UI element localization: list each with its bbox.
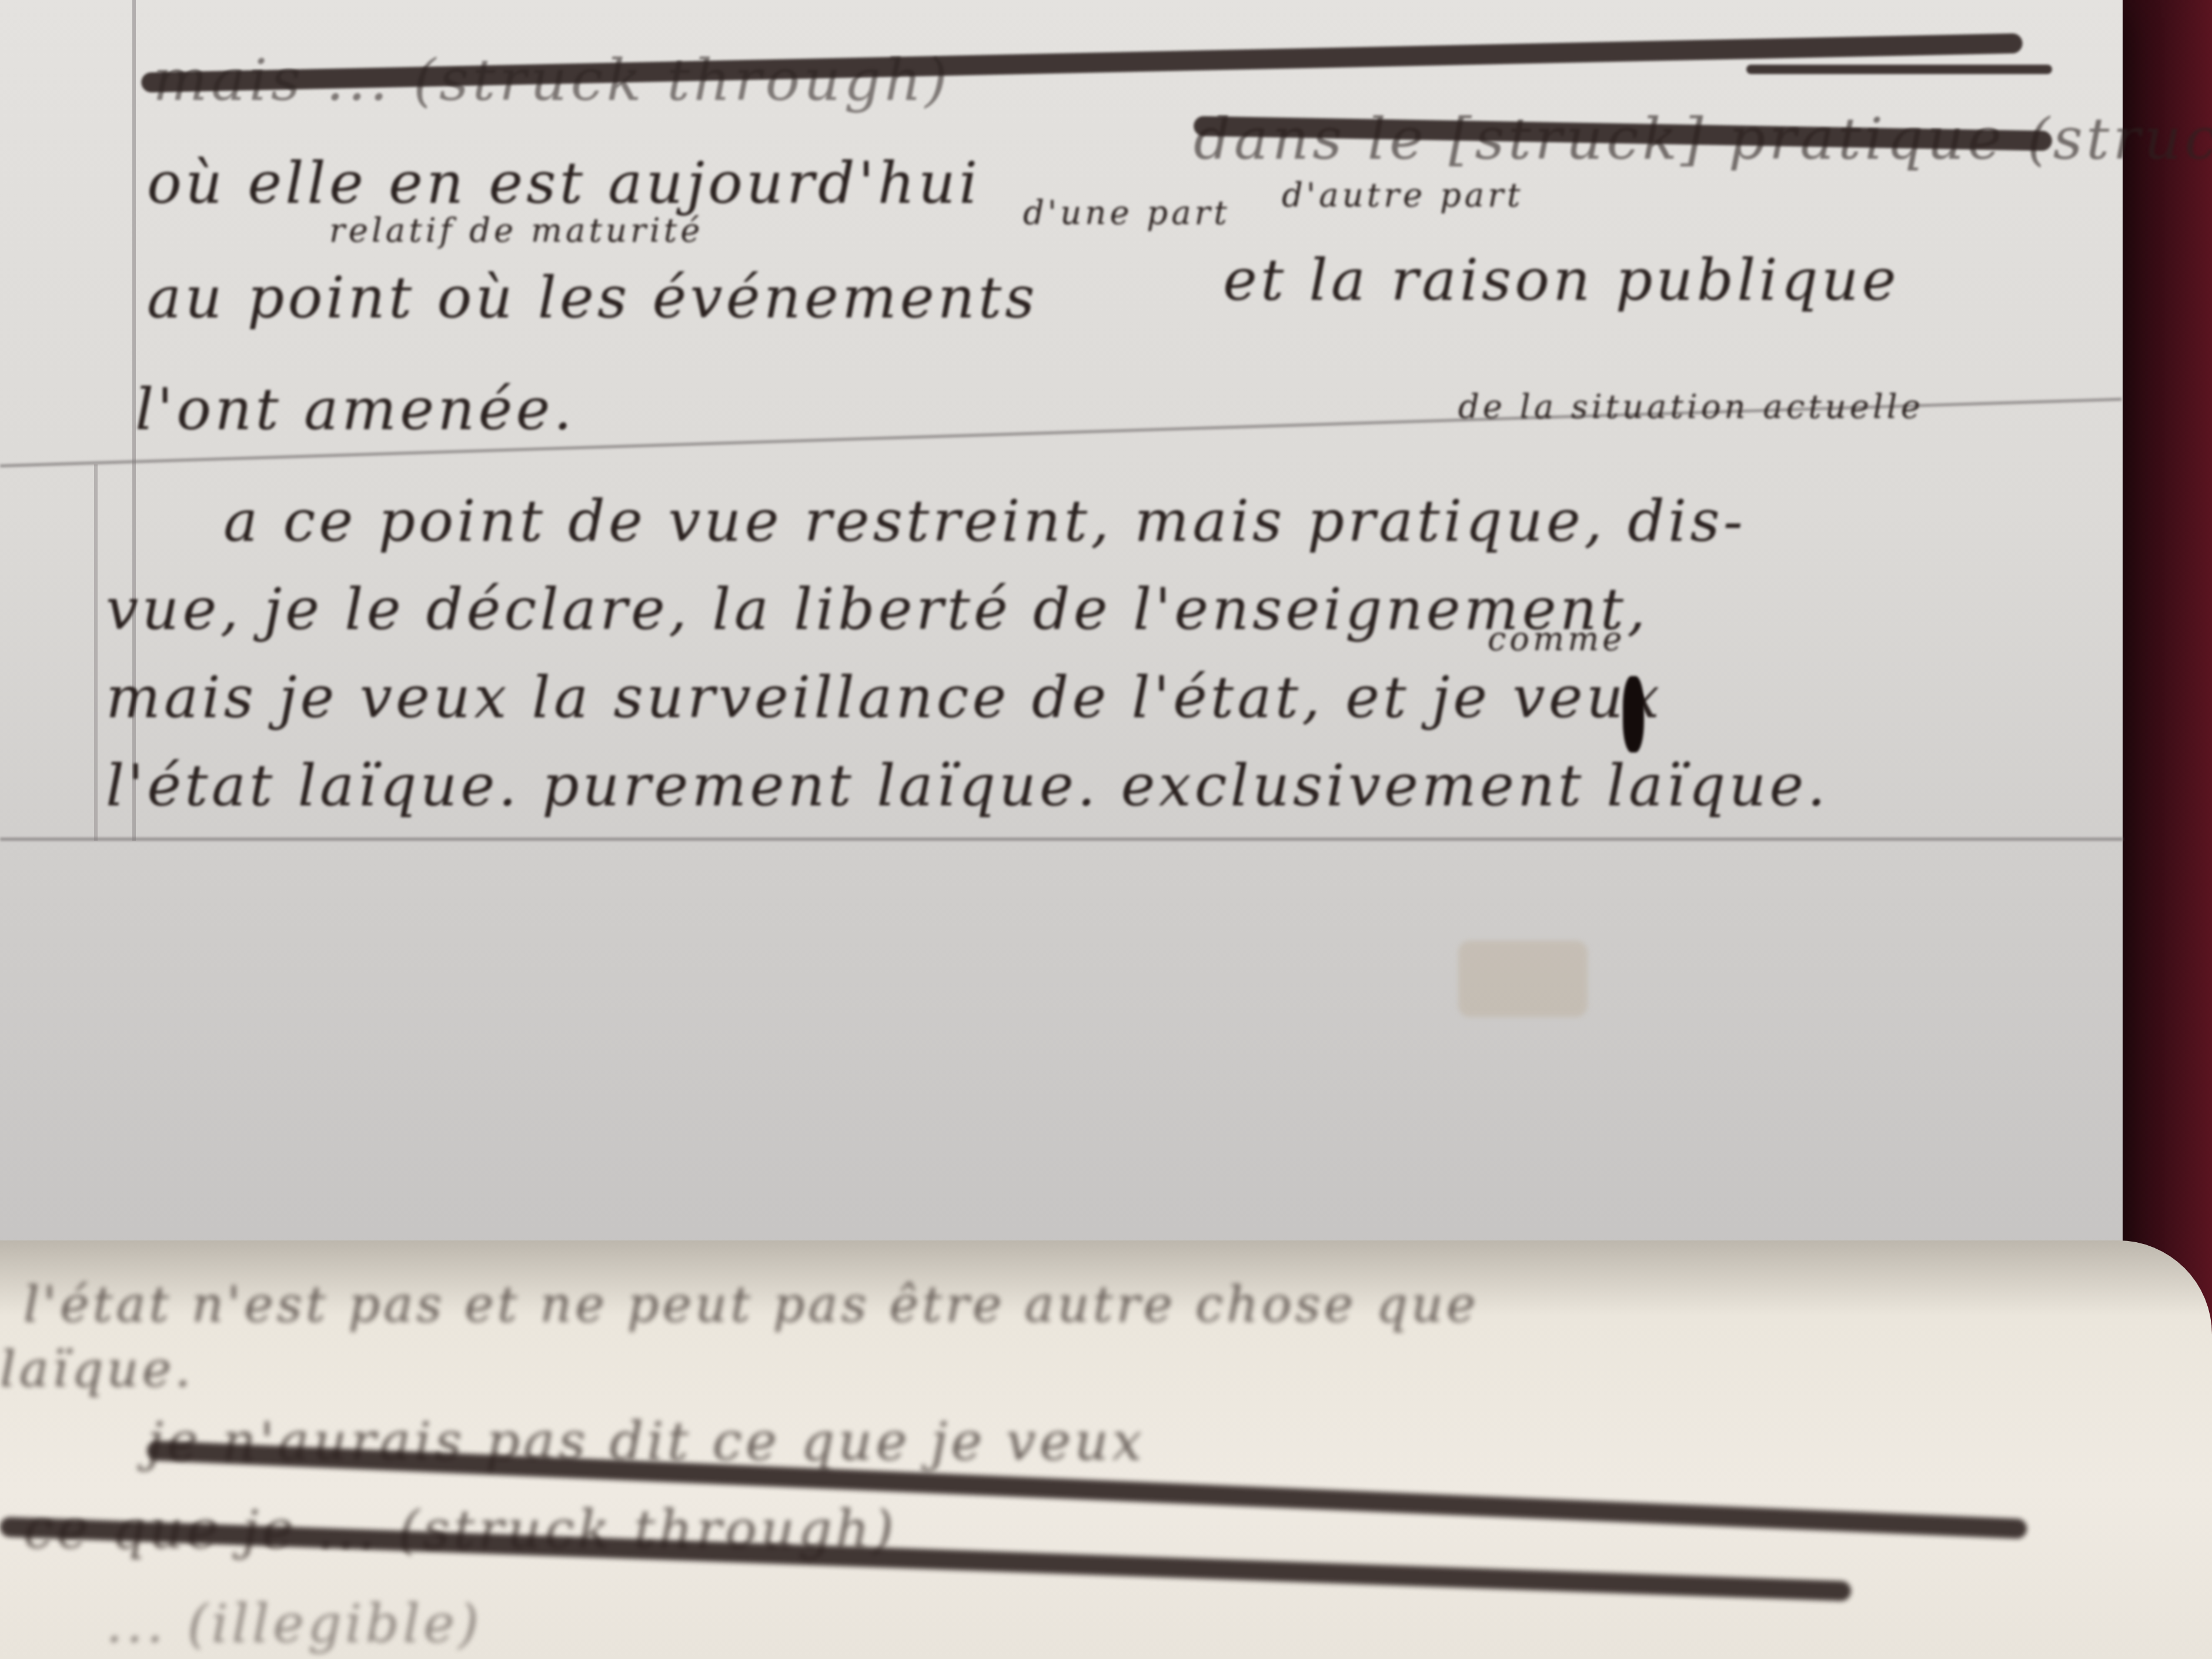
manuscript-line-1: où elle en est aujourd'hui xyxy=(147,150,981,217)
manuscript-line: laïque. xyxy=(0,1340,194,1398)
manuscript-line-3: l'ont amenée. xyxy=(135,376,576,443)
strikethrough-line xyxy=(1746,65,2052,74)
manuscript-paragraph-line: mais je veux la surveillance de l'état, … xyxy=(106,664,1663,731)
manuscript-paragraph-line: a ce point de vue restreint, mais pratiq… xyxy=(223,488,1746,555)
interlinear-insertion: relatif de maturité xyxy=(329,212,703,250)
page-fold xyxy=(0,838,2123,841)
lower-manuscript-page: l'état n'est pas et ne peut pas être aut… xyxy=(0,1240,2212,1659)
manuscript-line-2: au point où les événements xyxy=(147,265,1038,332)
struck-text: mais ... (struck through) xyxy=(153,47,951,114)
paper-stain xyxy=(1458,941,1588,1017)
manuscript-paragraph-line: l'état laïque. purement laïque. exclusiv… xyxy=(106,752,1829,820)
interlinear-insertion: comme xyxy=(1488,620,1625,658)
interlinear-insertion: d'autre part xyxy=(1282,176,1523,215)
interlinear-insertion: de la situation actuelle xyxy=(1458,388,1924,426)
interlinear-insertion: d'une part xyxy=(1023,194,1231,232)
manuscript-line: l'état n'est pas et ne peut pas être aut… xyxy=(24,1276,1479,1333)
manuscript-line-illegible: ... (illegible) xyxy=(106,1593,482,1655)
ink-blot xyxy=(1623,676,1644,752)
upper-manuscript-page: mais ... (struck through) où elle en est… xyxy=(0,0,2123,1276)
manuscript-line-2b: et la raison publique xyxy=(1223,247,1900,314)
manuscript-paragraph-line: vue, je le déclare, la liberté de l'ense… xyxy=(106,576,1649,643)
margin-rule xyxy=(94,464,98,841)
